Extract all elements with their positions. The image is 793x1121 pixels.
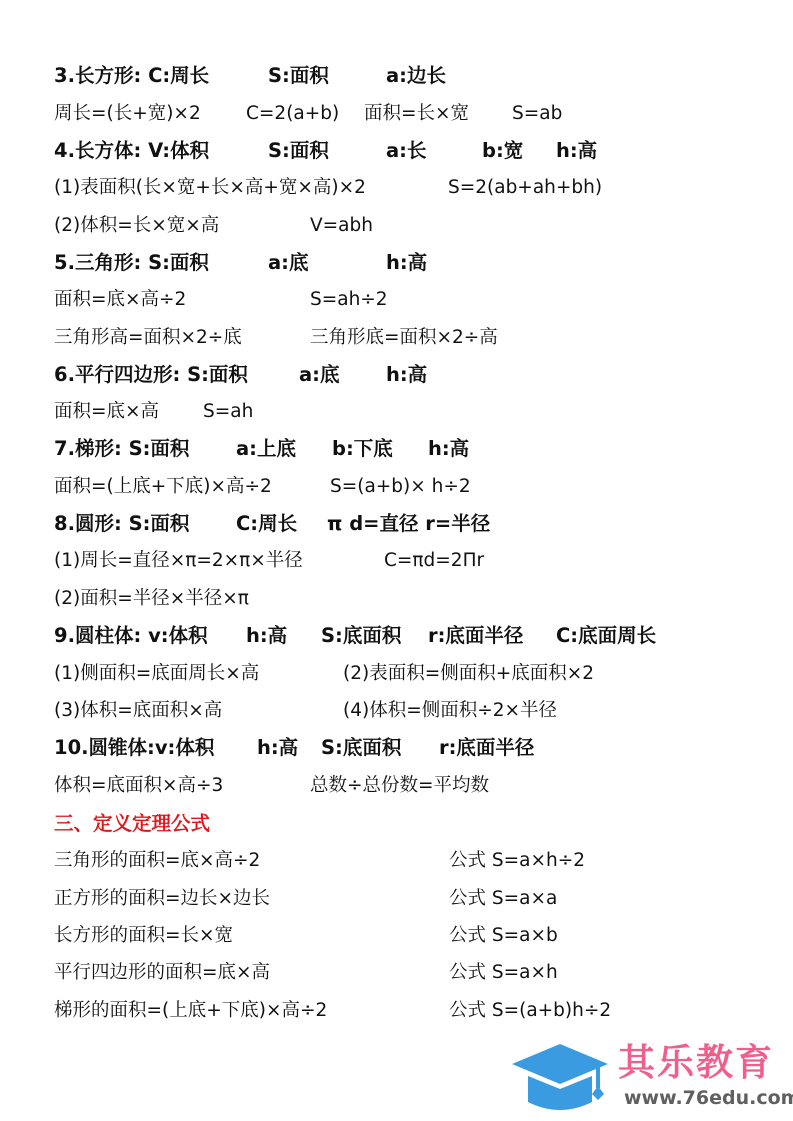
logo: 其乐教育 www.76edu.com [508, 1040, 788, 1116]
text-segment: h:高 [257, 733, 298, 763]
text-segment: 平行四边形的面积=底×高 [54, 958, 270, 988]
text-segment: 9.圆柱体: v:体积 [54, 621, 208, 651]
text-segment: 三角形的面积=底×高÷2 [54, 846, 260, 876]
text-segment: 长方形的面积=长×宽 [54, 921, 233, 951]
text-segment: a:长 [386, 136, 426, 166]
text-segment: (1)侧面积=底面周长×高 [54, 659, 259, 689]
text-segment: 5.三角形: S:面积 [54, 248, 209, 278]
formula-line: (2)体积=长×宽×高V=abh [0, 211, 793, 241]
formula-line: 三角形的面积=底×高÷2公式 S=a×h÷2 [0, 846, 793, 876]
text-segment: 总数÷总份数=平均数 [310, 771, 489, 801]
text-segment: C=2(a+b) [246, 99, 339, 129]
text-segment: S=ah÷2 [310, 285, 388, 315]
text-segment: h:高 [386, 360, 427, 390]
formula-line: (1)表面积(长×宽+长×高+宽×高)×2S=2(ab+ah+bh) [0, 173, 793, 203]
graduation-cap-icon [508, 1040, 612, 1114]
text-segment: r:底面半径 [439, 733, 534, 763]
text-segment: (1)表面积(长×宽+长×高+宽×高)×2 [54, 173, 366, 203]
text-segment: 面积=底×高÷2 [54, 285, 186, 315]
text-segment: 周长=(长+宽)×2 [54, 99, 201, 129]
text-segment: r:底面半径 [428, 621, 523, 651]
text-segment: π d=直径 r=半径 [327, 509, 490, 539]
formula-line: (1)侧面积=底面周长×高(2)表面积=侧面积+底面积×2 [0, 659, 793, 689]
text-segment: V=abh [310, 211, 373, 241]
text-segment: (1)周长=直径×π=2×π×半径 [54, 546, 303, 576]
text-segment: 3.长方形: C:周长 [54, 61, 209, 91]
text-segment: 公式 S=a×a [449, 884, 557, 914]
formula-line: 长方形的面积=长×宽公式 S=a×b [0, 921, 793, 951]
section-heading: 三、定义定理公式 [0, 809, 793, 839]
formula-line: 面积=(上底+下底)×高÷2S=(a+b)× h÷2 [0, 472, 793, 502]
text-segment: 公式 S=(a+b)h÷2 [449, 996, 611, 1026]
text-segment: b:下底 [332, 434, 393, 464]
formula-line: 面积=底×高S=ah [0, 397, 793, 427]
formula-line: 周长=(长+宽)×2C=2(a+b)面积=长×宽S=ab [0, 99, 793, 129]
text-segment: (2)体积=长×宽×高 [54, 211, 219, 241]
text-segment: a:上底 [236, 434, 296, 464]
text-segment: S:底面积 [321, 733, 401, 763]
text-segment: S:面积 [268, 61, 329, 91]
text-segment: 体积=底面积×高÷3 [54, 771, 223, 801]
text-segment: 公式 S=a×b [449, 921, 558, 951]
text-segment: h:高 [246, 621, 287, 651]
text-segment: (4)体积=侧面积÷2×半径 [343, 696, 557, 726]
text-segment: S:面积 [268, 136, 329, 166]
text-segment: S=(a+b)× h÷2 [330, 472, 471, 502]
formula-line: 梯形的面积=(上底+下底)×高÷2公式 S=(a+b)h÷2 [0, 996, 793, 1026]
formula-line: (3)体积=底面积×高(4)体积=侧面积÷2×半径 [0, 696, 793, 726]
text-segment: (2)表面积=侧面积+底面积×2 [343, 659, 594, 689]
formula-heading-line: 3.长方形: C:周长S:面积a:边长 [0, 61, 793, 91]
formula-line: (2)面积=半径×半径×π [0, 584, 793, 614]
text-segment: 公式 S=a×h÷2 [449, 846, 585, 876]
text-segment: (3)体积=底面积×高 [54, 696, 222, 726]
text-segment: h:高 [386, 248, 427, 278]
formula-line: 正方形的面积=边长×边长公式 S=a×a [0, 884, 793, 914]
text-segment: a:底 [299, 360, 339, 390]
text-segment: 8.圆形: S:面积 [54, 509, 189, 539]
text-segment: C:周长 [236, 509, 297, 539]
text-segment: 公式 S=a×h [449, 958, 558, 988]
text-segment: 三角形高=面积×2÷底 [54, 323, 242, 353]
text-segment: S=2(ab+ah+bh) [448, 173, 602, 203]
text-segment: S=ah [203, 397, 253, 427]
text-segment: 4.长方体: V:体积 [54, 136, 209, 166]
formula-heading-line: 6.平行四边形: S:面积a:底h:高 [0, 360, 793, 390]
formula-heading-line: 10.圆锥体:v:体积h:高S:底面积r:底面半径 [0, 733, 793, 763]
formula-heading-line: 5.三角形: S:面积a:底h:高 [0, 248, 793, 278]
formula-line: (1)周长=直径×π=2×π×半径C=πd=2Πr [0, 546, 793, 576]
text-segment: 三角形底=面积×2÷高 [310, 323, 498, 353]
formula-heading-line: 8.圆形: S:面积C:周长π d=直径 r=半径 [0, 509, 793, 539]
formula-heading-line: 7.梯形: S:面积a:上底b:下底h:高 [0, 434, 793, 464]
text-segment: 6.平行四边形: S:面积 [54, 360, 248, 390]
logo-title: 其乐教育 [618, 1040, 774, 1086]
formula-heading-line: 9.圆柱体: v:体积h:高S:底面积r:底面半径C:底面周长 [0, 621, 793, 651]
text-segment: h:高 [556, 136, 597, 166]
text-segment: 7.梯形: S:面积 [54, 434, 189, 464]
text-segment: h:高 [428, 434, 469, 464]
text-segment: a:底 [268, 248, 308, 278]
text-segment: 面积=长×宽 [364, 99, 469, 129]
formula-line: 平行四边形的面积=底×高公式 S=a×h [0, 958, 793, 988]
formula-line: 三角形高=面积×2÷底三角形底=面积×2÷高 [0, 323, 793, 353]
text-segment: 10.圆锥体:v:体积 [54, 733, 214, 763]
text-segment: S=ab [512, 99, 562, 129]
formula-line: 面积=底×高÷2S=ah÷2 [0, 285, 793, 315]
text-segment: C:底面周长 [556, 621, 656, 651]
text-segment: 正方形的面积=边长×边长 [54, 884, 270, 914]
text-segment: 梯形的面积=(上底+下底)×高÷2 [54, 996, 327, 1026]
text-segment: (2)面积=半径×半径×π [54, 584, 249, 614]
text-segment: 面积=(上底+下底)×高÷2 [54, 472, 272, 502]
text-segment: b:宽 [482, 136, 523, 166]
logo-url: www.76edu.com [624, 1086, 793, 1110]
text-segment: 面积=底×高 [54, 397, 159, 427]
formula-line: 体积=底面积×高÷3总数÷总份数=平均数 [0, 771, 793, 801]
formula-heading-line: 4.长方体: V:体积S:面积a:长b:宽h:高 [0, 136, 793, 166]
text-segment: C=πd=2Πr [384, 546, 484, 576]
text-segment: S:底面积 [321, 621, 401, 651]
text-segment: 三、定义定理公式 [54, 809, 210, 839]
text-segment: a:边长 [386, 61, 446, 91]
